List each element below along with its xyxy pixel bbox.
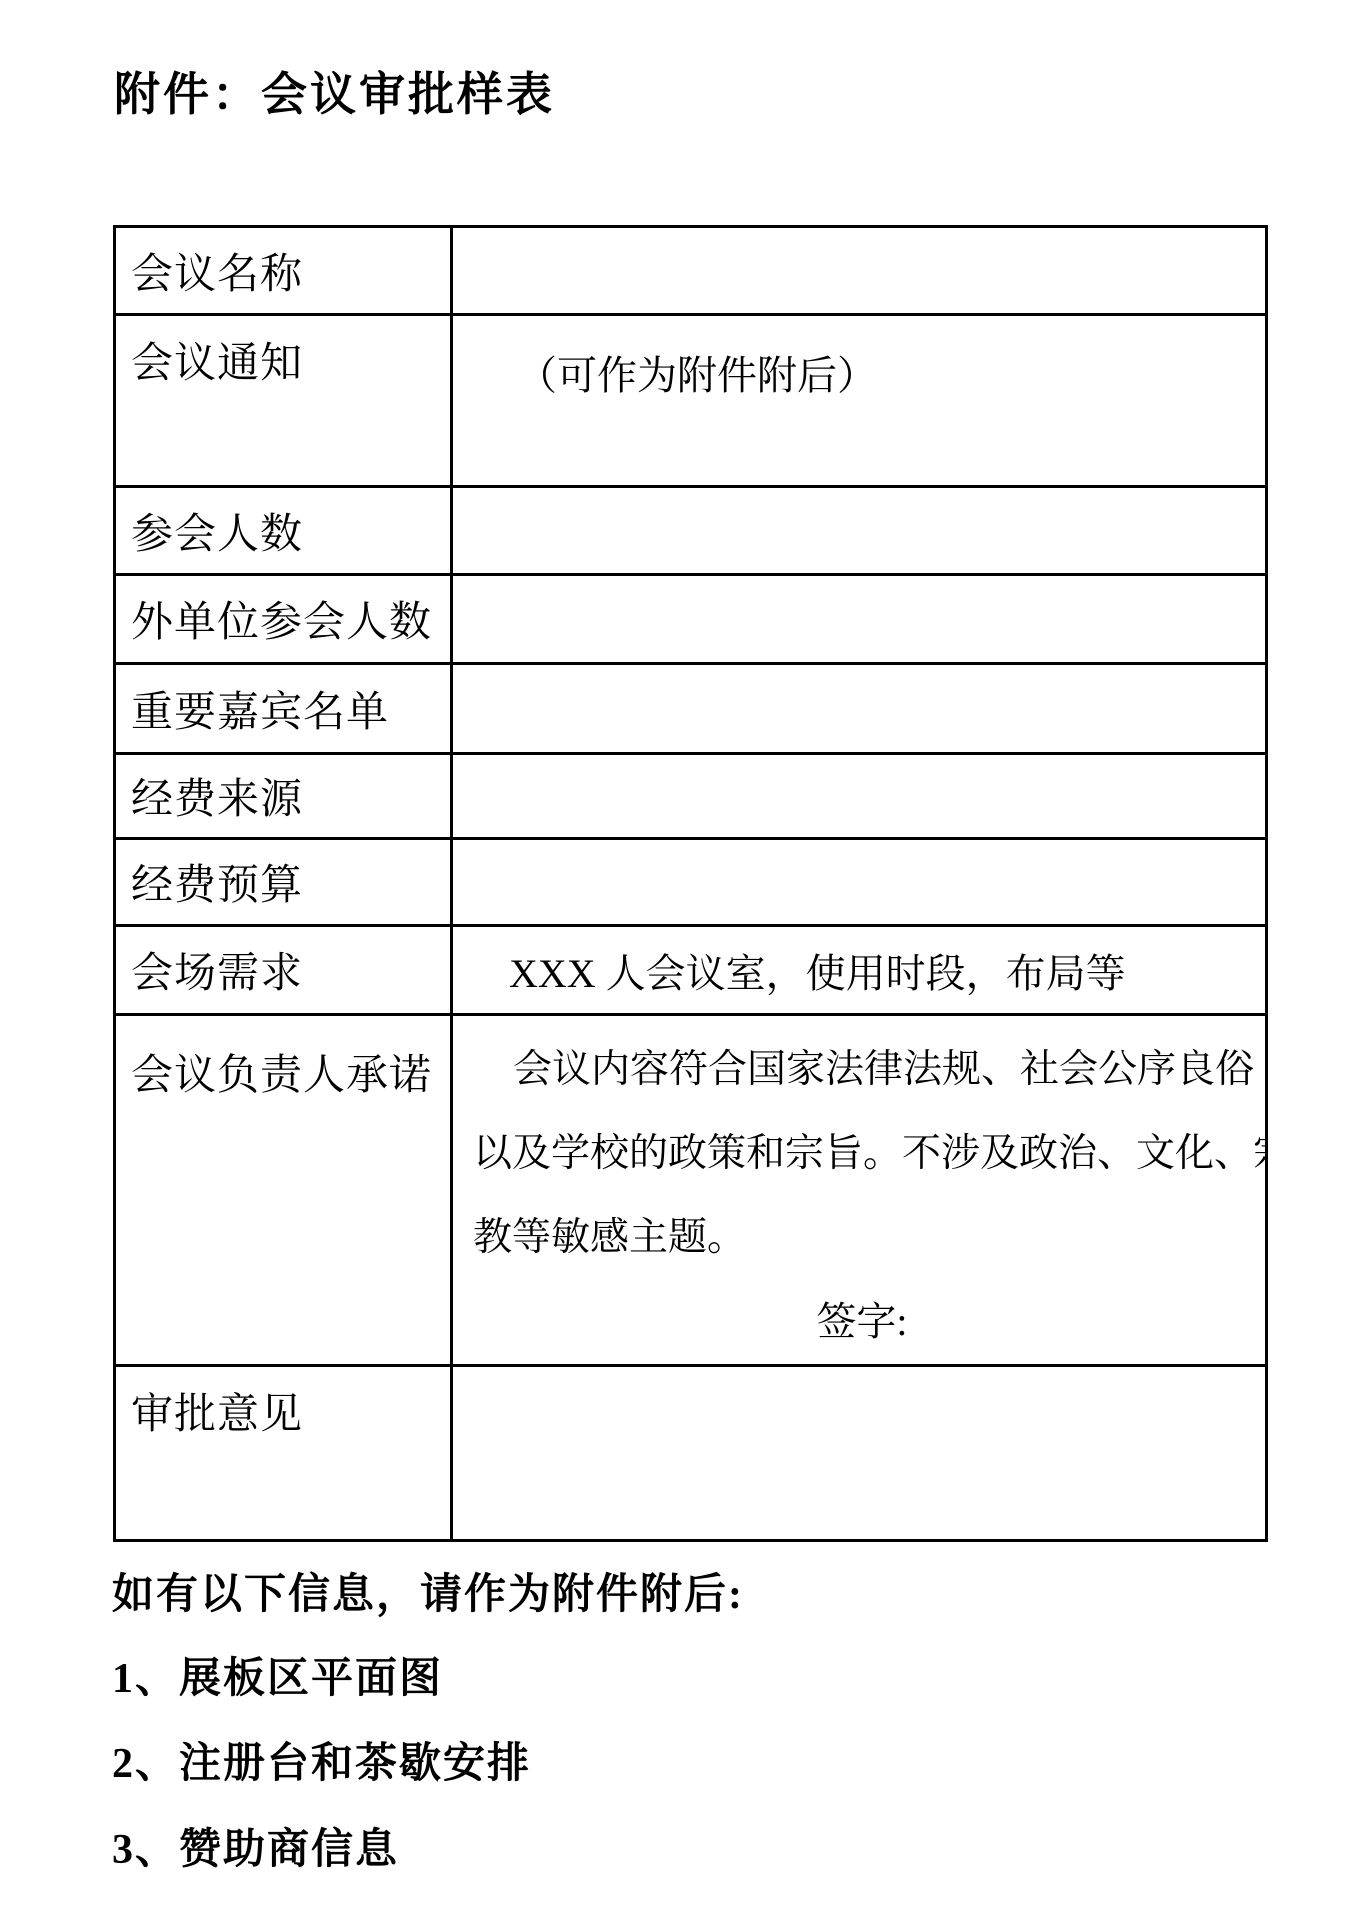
attachment-list-item: 2、注册台和茶歇安排 xyxy=(112,1730,531,1790)
row-label-vip-list: 重要嘉宾名单 xyxy=(115,664,452,754)
row-value-attendee-count xyxy=(452,487,1267,575)
row-label-attendee-count: 参会人数 xyxy=(115,487,452,575)
table-row: 会议名称 xyxy=(115,227,1267,315)
promise-line: 以及学校的政策和宗旨。不涉及政治、文化、宗 xyxy=(473,1112,1251,1196)
row-label-approval-opinion: 审批意见 xyxy=(115,1366,452,1541)
signature-label: 签字: xyxy=(473,1280,1251,1364)
attachment-note: 如有以下信息，请作为附件附后: xyxy=(112,1561,744,1621)
row-value-budget xyxy=(452,839,1267,926)
row-label-funding-source: 经费来源 xyxy=(115,754,452,839)
document-page: 附件：会议审批样表 会议名称 会议通知 （可作为附件附后） 参会人数 外单位参会… xyxy=(0,0,1359,1927)
promise-line: 会议内容符合国家法律法规、社会公序良俗 xyxy=(473,1028,1251,1112)
approval-form-table: 会议名称 会议通知 （可作为附件附后） 参会人数 外单位参会人数 重要嘉宾名单 … xyxy=(113,225,1268,1542)
row-value-funding-source xyxy=(452,754,1267,839)
row-value-meeting-notice: （可作为附件附后） xyxy=(452,315,1267,487)
row-label-venue-needs: 会场需求 xyxy=(115,926,452,1015)
table-row: 经费来源 xyxy=(115,754,1267,839)
table-row: 审批意见 xyxy=(115,1366,1267,1541)
row-label-meeting-name: 会议名称 xyxy=(115,227,452,315)
row-value-venue-needs: XXX 人会议室，使用时段，布局等 xyxy=(452,926,1267,1015)
promise-line: 教等敏感主题。 xyxy=(473,1196,1251,1280)
table-row: 经费预算 xyxy=(115,839,1267,926)
row-label-organizer-promise: 会议负责人承诺 xyxy=(115,1015,452,1366)
row-label-budget: 经费预算 xyxy=(115,839,452,926)
table-row: 会议通知 （可作为附件附后） xyxy=(115,315,1267,487)
row-value-external-attendees xyxy=(452,575,1267,664)
row-value-vip-list xyxy=(452,664,1267,754)
table-row: 重要嘉宾名单 xyxy=(115,664,1267,754)
page-title: 附件：会议审批样表 xyxy=(114,58,555,124)
attachment-list-item: 1、展板区平面图 xyxy=(112,1645,443,1705)
row-value-approval-opinion xyxy=(452,1366,1267,1541)
row-label-external-attendees: 外单位参会人数 xyxy=(115,575,452,664)
attachment-list-item: 3、赞助商信息 xyxy=(112,1816,399,1876)
table-row: 参会人数 xyxy=(115,487,1267,575)
table-row: 会场需求 XXX 人会议室，使用时段，布局等 xyxy=(115,926,1267,1015)
row-value-organizer-promise: 会议内容符合国家法律法规、社会公序良俗 以及学校的政策和宗旨。不涉及政治、文化、… xyxy=(452,1015,1267,1366)
row-label-meeting-notice: 会议通知 xyxy=(115,315,452,487)
row-value-meeting-name xyxy=(452,227,1267,315)
table-row: 会议负责人承诺 会议内容符合国家法律法规、社会公序良俗 以及学校的政策和宗旨。不… xyxy=(115,1015,1267,1366)
table-row: 外单位参会人数 xyxy=(115,575,1267,664)
venue-needs-text: XXX 人会议室，使用时段，布局等 xyxy=(509,951,1126,996)
